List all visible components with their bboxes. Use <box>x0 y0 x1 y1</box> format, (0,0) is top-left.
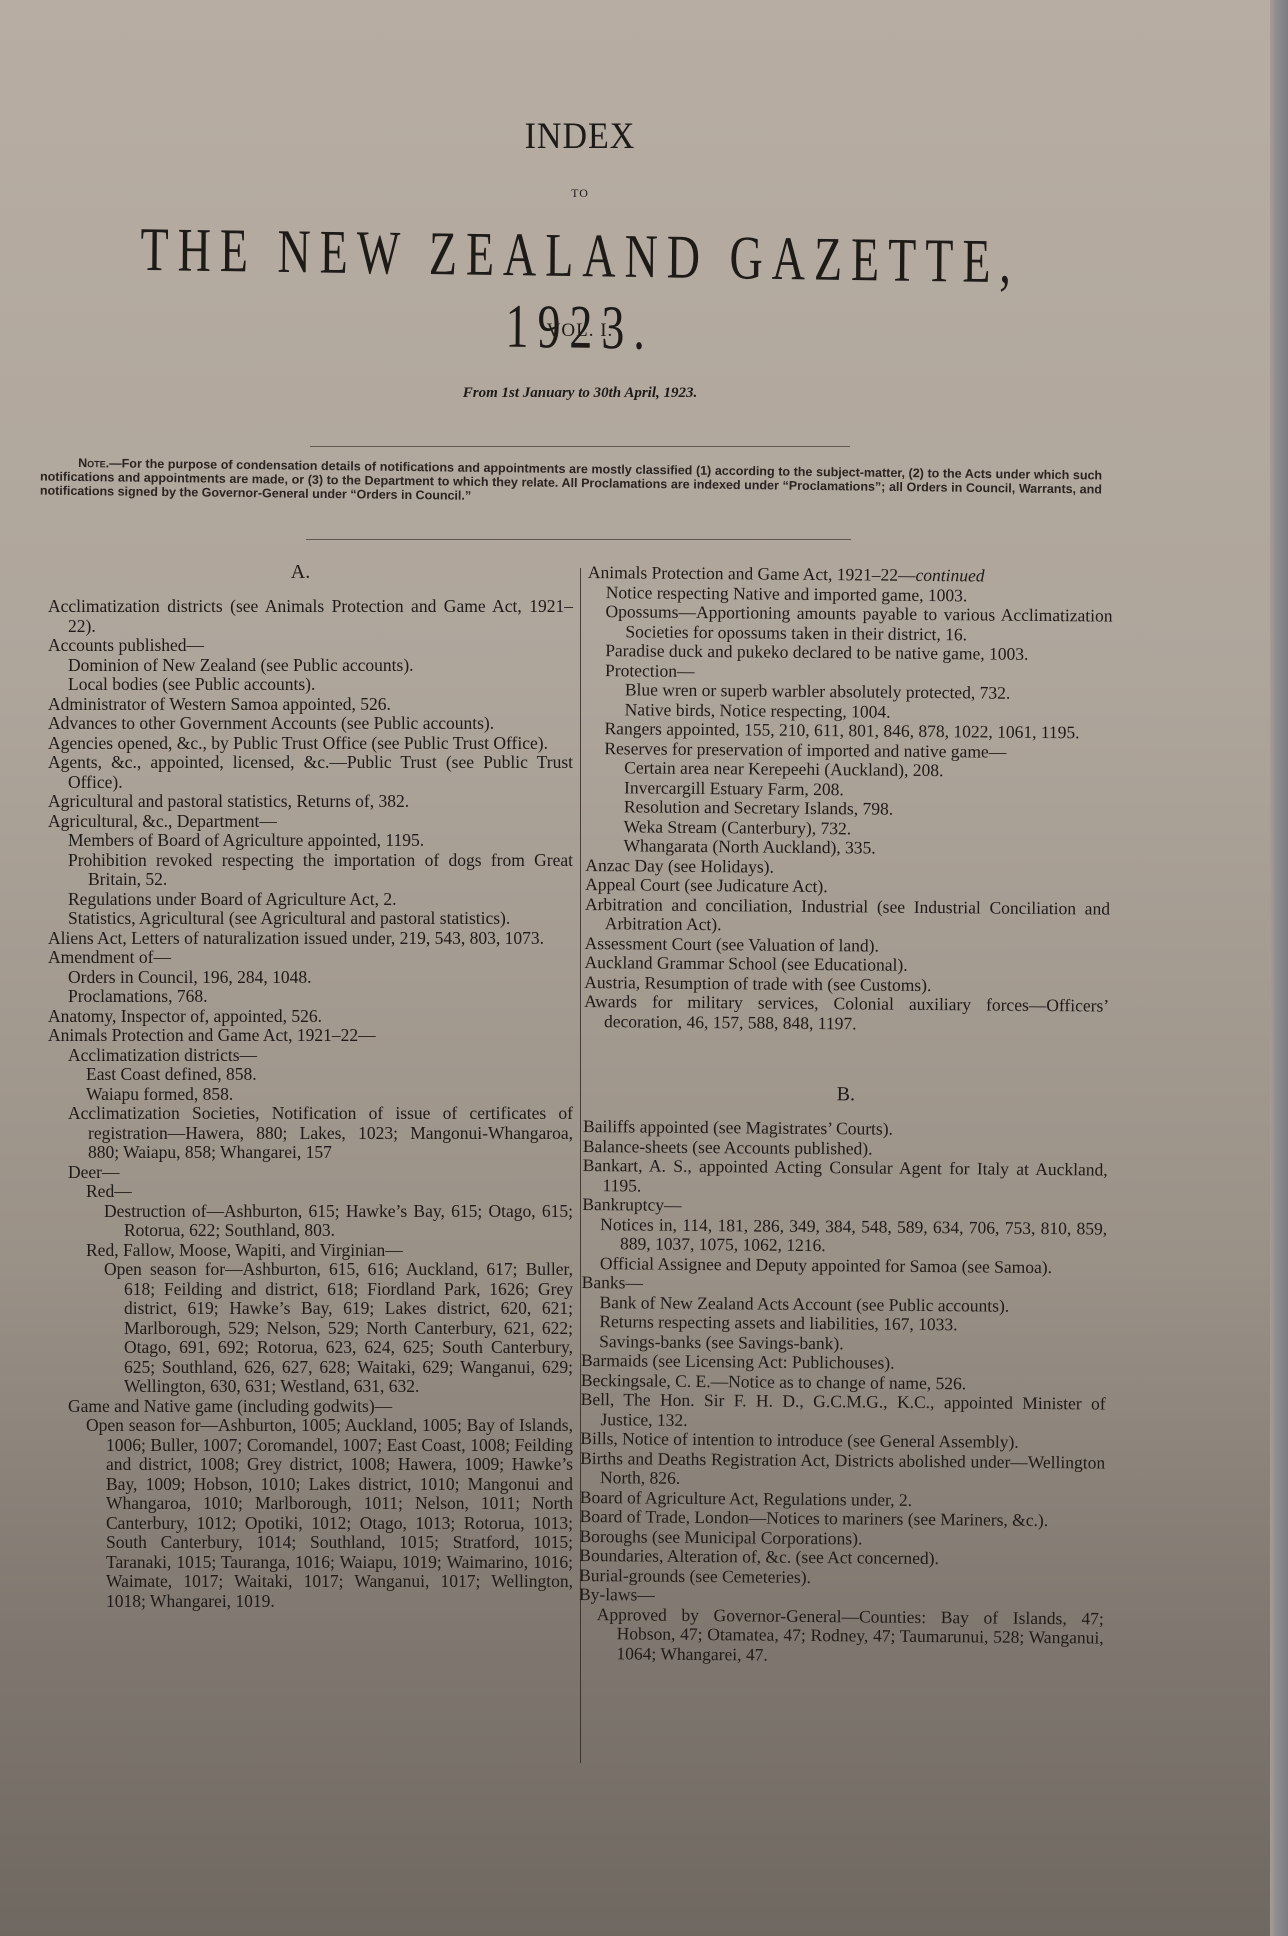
index-entry: Bell, The Hon. Sir F. H. D., G.C.M.G., K… <box>580 1390 1105 1434</box>
volume-label: VOL. I. <box>0 320 1160 342</box>
index-entry: Notices in, 114, 181, 286, 349, 384, 548… <box>600 1215 1107 1258</box>
index-entry: Animals Protection and Game Act, 1921–22… <box>48 1026 573 1046</box>
index-entry: Waiapu formed, 858. <box>86 1085 573 1105</box>
index-entry: Accounts published— <box>48 636 573 656</box>
index-entry: Proclamations, 768. <box>68 987 573 1007</box>
index-entry: Open season for—Ashburton, 1005; Aucklan… <box>86 1416 573 1611</box>
index-entry: East Coast defined, 858. <box>86 1065 573 1085</box>
left-column: A. Acclimatization districts (see Animal… <box>28 563 573 1611</box>
continued-heading-text: Animals Protection and Game Act, 1921–22… <box>588 562 916 585</box>
index-entry: Acclimatization Societies, Notification … <box>68 1104 573 1163</box>
index-entry: Members of Board of Agriculture appointe… <box>68 831 573 851</box>
page-title: THE NEW ZEALAND GAZETTE, 1923. <box>99 213 1060 370</box>
section-letter-a: A. <box>28 563 573 585</box>
page-edge <box>1270 0 1288 1936</box>
continued-label: continued <box>915 565 984 586</box>
divider-top <box>310 446 850 447</box>
note-label: Note. <box>78 456 109 470</box>
index-entry: Opossums—Apportioning amounts payable to… <box>605 602 1112 645</box>
right-a-entries: Notice respecting Native and imported ga… <box>584 582 1113 1035</box>
index-entry: Anatomy, Inspector of, appointed, 526. <box>48 1007 573 1027</box>
index-entry: Bankart, A. S., appointed Acting Consula… <box>582 1156 1107 1200</box>
index-entry: Statistics, Agricultural (see Agricultur… <box>68 909 573 929</box>
title-to: TO <box>0 186 1160 201</box>
index-entry: Red, Fallow, Moose, Wapiti, and Virginia… <box>86 1241 573 1261</box>
index-entry: Local bodies (see Public accounts). <box>68 675 573 695</box>
index-entry: Orders in Council, 196, 284, 1048. <box>68 968 573 988</box>
left-entries: Acclimatization districts (see Animals P… <box>28 597 573 1611</box>
index-entry: Amendment of— <box>48 948 573 968</box>
index-entry: Awards for military services, Colonial a… <box>584 992 1109 1036</box>
index-entry: Agencies opened, &c., by Public Trust Of… <box>48 734 573 754</box>
index-entry: Prohibition revoked respecting the impor… <box>68 851 573 890</box>
divider-bottom <box>306 539 851 540</box>
date-range: From 1st January to 30th April, 1923. <box>0 385 1160 402</box>
index-entry: Births and Deaths Registration Act, Dist… <box>580 1448 1105 1492</box>
index-entry: Acclimatization districts (see Animals P… <box>48 597 573 636</box>
index-entry: Arbitration and conciliation, Industrial… <box>585 894 1110 938</box>
index-entry: Agricultural and pastoral statistics, Re… <box>48 792 573 812</box>
index-entry: Regulations under Board of Agriculture A… <box>68 890 573 910</box>
index-entry: Deer— <box>68 1163 573 1183</box>
index-entry: Destruction of—Ashburton, 615; Hawke’s B… <box>104 1202 573 1241</box>
index-entry: Game and Native game (including godwits)… <box>68 1397 573 1417</box>
index-entry: Dominion of New Zealand (see Public acco… <box>68 656 573 676</box>
index-note: Note.—For the purpose of condensation de… <box>40 456 1102 511</box>
section-letter-b: B. <box>583 1083 1108 1110</box>
right-column: Animals Protection and Game Act, 1921–22… <box>578 563 1113 1668</box>
index-entry: Acclimatization districts— <box>68 1046 573 1066</box>
index-entry: Red— <box>86 1182 573 1202</box>
index-entry: Open season for—Ashburton, 615, 616; Auc… <box>104 1260 573 1397</box>
index-entry: Aliens Act, Letters of naturalization is… <box>48 929 573 949</box>
index-entry: Administrator of Western Samoa appointed… <box>48 695 573 715</box>
index-entry: Agents, &c., appointed, licensed, &c.—Pu… <box>48 753 573 792</box>
title-index: INDEX <box>0 116 1160 158</box>
index-entry: Advances to other Government Accounts (s… <box>48 714 573 734</box>
right-b-entries: Bailiffs appointed (see Magistrates’ Cou… <box>578 1117 1108 1668</box>
index-entry: Agricultural, &c., Department— <box>48 812 573 832</box>
note-text: —For the purpose of condensation details… <box>40 456 1102 502</box>
index-entry: Approved by Governor-General—Counties: B… <box>596 1605 1103 1668</box>
